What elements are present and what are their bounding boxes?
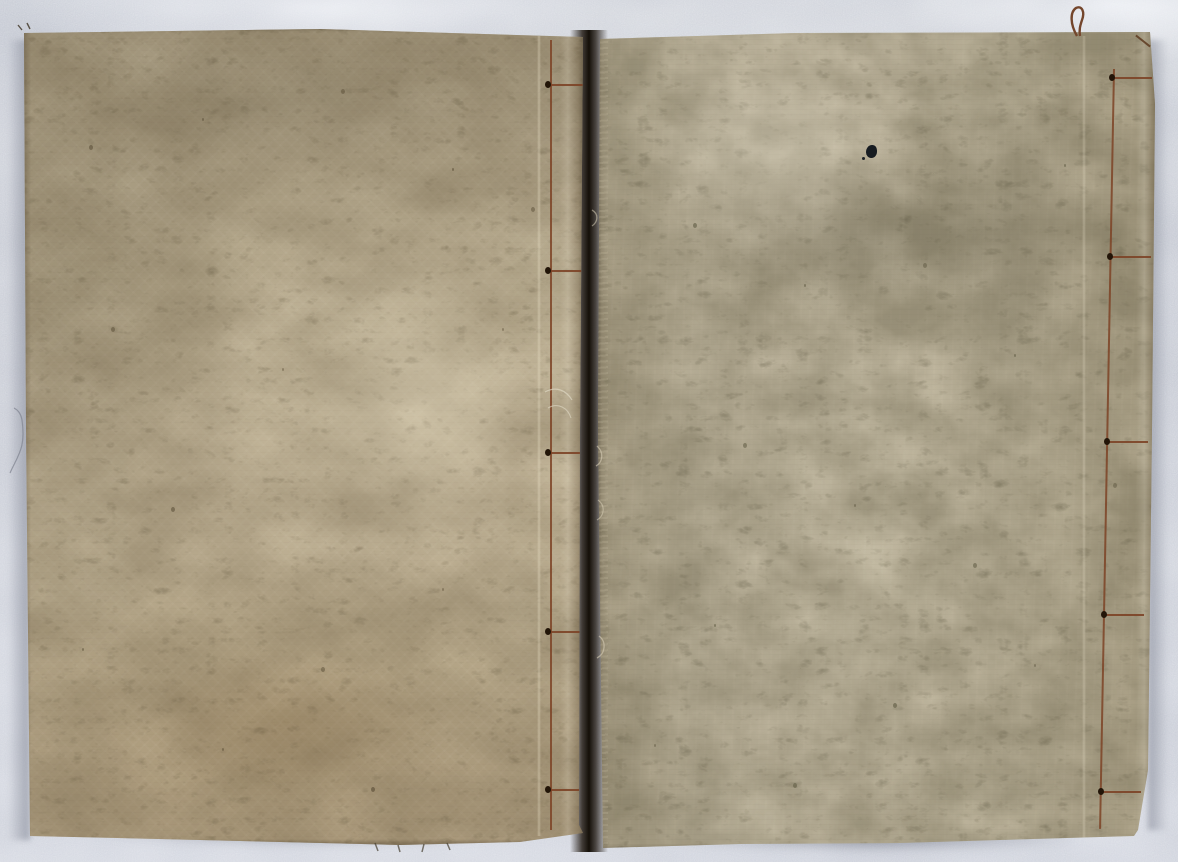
binding-stitch bbox=[1110, 256, 1151, 258]
stitch-hole bbox=[545, 628, 551, 635]
stitch-hole bbox=[1101, 611, 1107, 618]
binding-stitch bbox=[1107, 441, 1148, 443]
stitch-hole bbox=[545, 81, 551, 88]
left-book bbox=[20, 26, 586, 848]
loose-thread-loop bbox=[1072, 7, 1084, 36]
binding-stitch bbox=[1101, 791, 1141, 793]
stitch-hole bbox=[545, 449, 551, 456]
stitch-hole bbox=[1098, 788, 1104, 795]
right-cover-crease bbox=[1082, 36, 1086, 842]
stitch-hole bbox=[545, 786, 551, 793]
stitch-hole bbox=[1109, 74, 1115, 81]
binding-stitch bbox=[548, 452, 584, 454]
right-book-top-edge bbox=[594, 24, 1160, 31]
stitch-hole bbox=[545, 267, 551, 274]
stitch-hole bbox=[1104, 438, 1110, 445]
left-cover-stain-bottom bbox=[80, 626, 500, 816]
corner-wear-nubs bbox=[18, 23, 30, 30]
stitch-hole bbox=[1107, 253, 1113, 260]
photo-canvas bbox=[0, 0, 1178, 862]
right-book bbox=[594, 24, 1160, 854]
left-cover-stain-top bbox=[60, 46, 520, 186]
ink-spot-satellite bbox=[862, 157, 865, 160]
left-cover-foxing-specks bbox=[20, 26, 22, 29]
binding-stitch bbox=[1104, 614, 1144, 616]
binding-stitch bbox=[548, 270, 584, 272]
binding-stitch bbox=[548, 789, 584, 791]
left-cover-crease bbox=[537, 36, 541, 836]
ink-spot bbox=[866, 145, 877, 158]
left-book-top-edge bbox=[20, 26, 586, 32]
binding-stitch bbox=[548, 84, 584, 86]
left-cover-highlight bbox=[270, 246, 570, 566]
binding-stitch bbox=[1112, 77, 1152, 79]
binding-thread-vertical-left bbox=[550, 40, 552, 830]
binding-stitch bbox=[548, 631, 584, 633]
right-cover-fiber-specks bbox=[594, 24, 596, 27]
